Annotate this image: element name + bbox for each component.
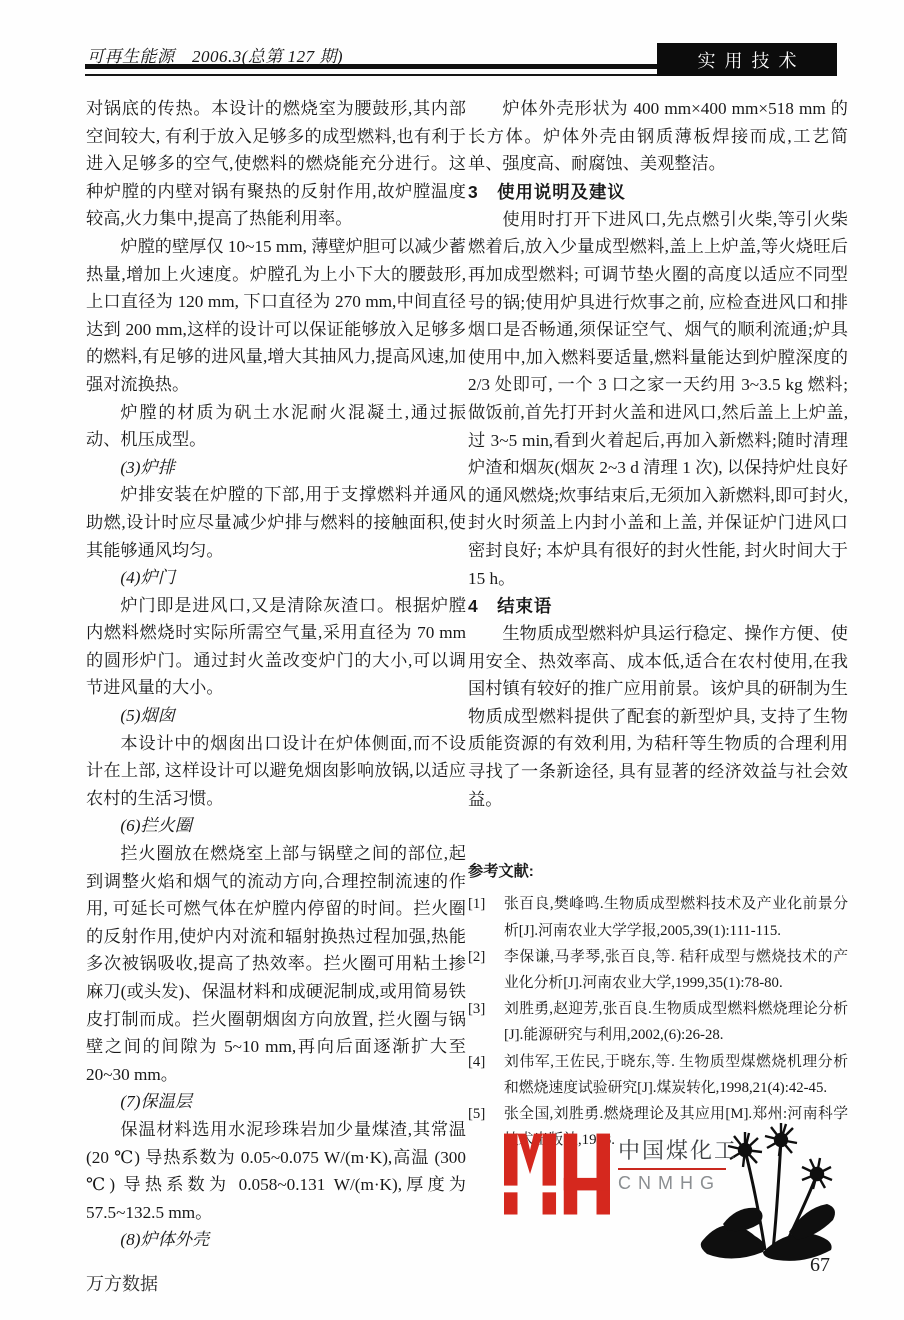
reference-item: [2]李保谦,马孝琴,张百良,等. 秸秆成型与燃烧技术的产业化分析[J].河南农… [468,944,848,996]
left-sub-heading: (7)保温层 [86,1088,466,1116]
left-paragraph: 保温材料选用水泥珍珠岩加少量煤渣,其常温 (20 ℃) 导热系数为 0.05~0… [86,1116,466,1226]
left-column: 对锅底的传热。本设计的燃烧室为腰鼓形,其内部空间较大, 有利于放入足够多的成型燃… [86,95,466,1254]
left-paragraph: 炉膛的材质为矾土水泥耐火混凝土,通过振动、机压成型。 [86,399,466,454]
coal-chem-logo-icon [504,1132,610,1218]
section-tag: 实用技术 [657,43,837,76]
reference-item: [3]刘胜勇,赵迎芳,张百良.生物质成型燃料燃烧理论分析[J].能源研究与利用,… [468,996,848,1048]
coal-chem-cn-label: 中国煤化工 [618,1134,738,1165]
left-paragraph: 炉门即是进风口,又是清除灰渣口。根据炉膛内燃料燃烧时实际所需空气量,采用直径为 … [86,592,466,702]
reference-block: 参考文献:[1]张百良,樊峰鸣.生物质成型燃料技术及产业化前景分析[J].河南农… [468,859,848,1153]
reference-item: [1]张百良,樊峰鸣.生物质成型燃料技术及产业化前景分析[J].河南农业大学学报… [468,891,848,943]
left-paragraph: 炉膛的壁厚仅 10~15 mm, 薄壁炉胆可以减少蓄热量,增加上火速度。炉膛孔为… [86,233,466,399]
right-paragraph: 生物质成型燃料炉具运行稳定、操作方便、使用安全、热效率高、成本低,适合在农村使用… [468,620,848,813]
reference-label: [3] [468,996,504,1048]
reference-text: 张百良,樊峰鸣.生物质成型燃料技术及产业化前景分析[J].河南农业大学学报,20… [504,891,848,943]
references-heading: 参考文献: [468,859,848,885]
left-paragraph: 本设计中的烟囱出口设计在炉体侧面,而不设计在上部, 这样设计可以避免烟囱影响放锅… [86,730,466,813]
reference-label: [5] [468,1101,504,1153]
coal-chem-underline [618,1168,726,1170]
left-paragraph: 炉排安装在炉膛的下部,用于支撑燃料并通风助燃,设计时应尽量减少炉排与燃料的接触面… [86,481,466,564]
left-paragraph: 拦火圈放在燃烧室上部与锅壁之间的部位,起到调整火焰和烟气的流动方向,合理控制流速… [86,840,466,1088]
right-section-heading: 4 结束语 [468,592,848,620]
right-paragraph: 炉体外壳形状为 400 mm×400 mm×518 mm 的长方体。炉体外壳由钢… [468,95,848,178]
left-sub-heading: (6)拦火圈 [86,812,466,840]
reference-text: 刘伟军,王佐民,于晓东,等. 生物质型煤燃烧机理分析和燃烧速度试验研究[J].煤… [504,1049,848,1101]
left-paragraph: 对锅底的传热。本设计的燃烧室为腰鼓形,其内部空间较大, 有利于放入足够多的成型燃… [86,95,466,233]
reference-label: [2] [468,944,504,996]
right-section-heading: 3 使用说明及建议 [468,178,848,206]
reference-item: [4]刘伟军,王佐民,于晓东,等. 生物质型煤燃烧机理分析和燃烧速度试验研究[J… [468,1049,848,1101]
wanfang-data-mark: 万方数据 [86,1270,158,1296]
coal-chem-text: 中国煤化工 CNMHG [618,1132,738,1218]
right-column: 炉体外壳形状为 400 mm×400 mm×518 mm 的长方体。炉体外壳由钢… [468,95,848,1153]
reference-label: [1] [468,891,504,943]
left-sub-heading: (8)炉体外壳 [86,1226,466,1254]
left-sub-heading: (5)烟囱 [86,702,466,730]
coal-chem-watermark: 中国煤化工 CNMHG [504,1132,738,1218]
reference-text: 李保谦,马孝琴,张百良,等. 秸秆成型与燃烧技术的产业化分析[J].河南农业大学… [504,944,848,996]
reference-text: 刘胜勇,赵迎芳,张百良.生物质成型燃料燃烧理论分析[J].能源研究与利用,200… [504,996,848,1048]
right-paragraph: 使用时打开下进风口,先点燃引火柴,等引火柴燃着后,放入少量成型燃料,盖上上炉盖,… [468,206,848,592]
left-sub-heading: (3)炉排 [86,454,466,482]
left-sub-heading: (4)炉门 [86,564,466,592]
coal-chem-en-label: CNMHG [618,1173,738,1194]
reference-label: [4] [468,1049,504,1101]
